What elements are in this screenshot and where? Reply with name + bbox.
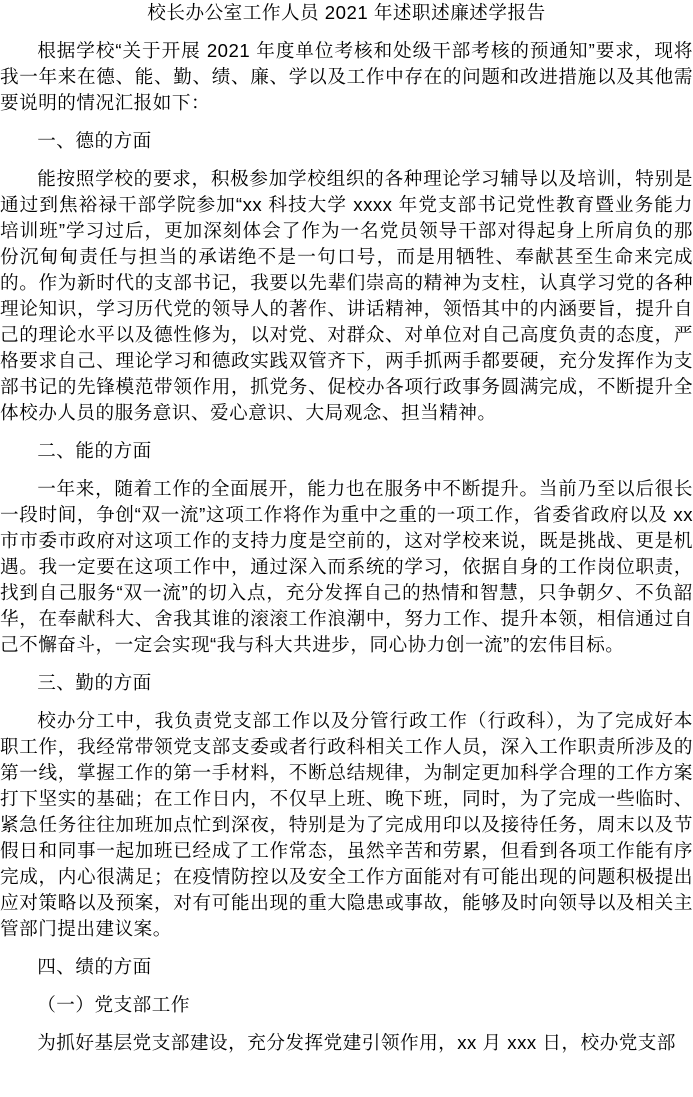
paragraph-de: 能按照学校的要求，积极参加学校组织的各种理论学习辅导以及培训，特别是通过到焦裕禄… — [0, 166, 693, 426]
paragraph-intro: 根据学校“关于开展 2021 年度单位考核和处级干部考核的预通知”要求，现将我一… — [0, 38, 693, 116]
document-title: 校长办公室工作人员 2021 年述职述廉述学报告 — [0, 0, 693, 26]
section-heading-de: 一、德的方面 — [0, 128, 693, 154]
document-page: 校长办公室工作人员 2021 年述职述廉述学报告 根据学校“关于开展 2021 … — [0, 0, 693, 1097]
paragraph-party-branch-truncated: 为抓好基层党支部建设，充分发挥党建引领作用，xx 月 xxx 日，校办党支部 — [0, 1030, 693, 1056]
section-heading-qin: 三、勤的方面 — [0, 670, 693, 696]
section-heading-neng: 二、能的方面 — [0, 438, 693, 464]
paragraph-qin: 校办分工中，我负责党支部工作以及分管行政工作（行政科），为了完成好本职工作，我经… — [0, 708, 693, 942]
section-heading-ji: 四、绩的方面 — [0, 954, 693, 980]
paragraph-neng: 一年来，随着工作的全面展开，能力也在服务中不断提升。当前乃至以后很长一段时间，争… — [0, 476, 693, 658]
subsection-heading-party-branch: （一）党支部工作 — [0, 992, 693, 1018]
